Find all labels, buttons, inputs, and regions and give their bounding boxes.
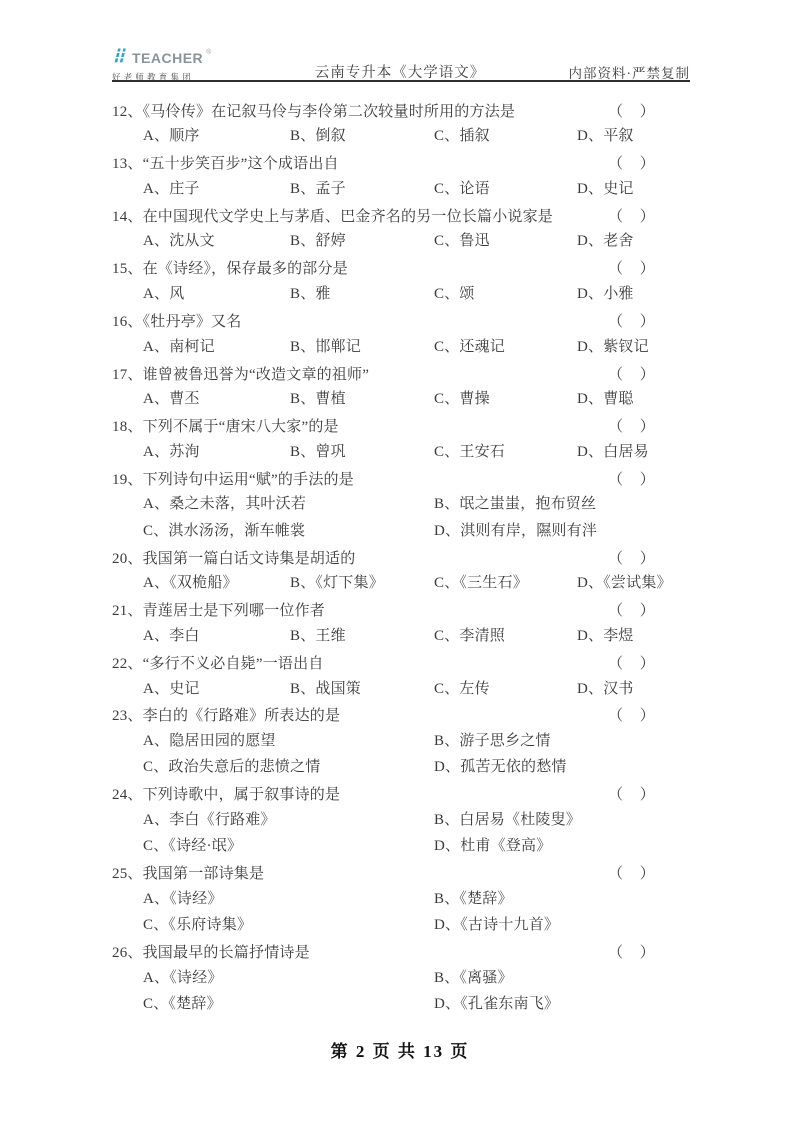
bracket-close: ） [640,257,655,278]
bracket-close: ） [640,100,655,121]
option-C: C、鲁迅 [434,228,490,254]
option-D: D、李煜 [577,623,634,649]
confidential-notice: 内部资料·严禁复制 [569,62,691,82]
option-row: A、曹丕B、曹植C、曹操D、曹聪 [112,386,655,412]
option-row: A、沈从文B、舒婷C、鲁迅D、老舍 [112,228,655,254]
option-D: D、紫钗记 [577,334,649,360]
option-D: D、杜甫《登高》 [434,833,551,859]
option-B: B、《楚辞》 [434,886,513,912]
answer-bracket: （） [608,152,655,173]
bracket-close: ） [640,547,655,568]
option-row: C、政治失意后的悲愤之情D、孤苦无依的愁情 [112,754,655,780]
option-A: A、隐居田园的愿望 [143,728,276,754]
option-B: B、倒叙 [290,123,346,149]
bracket-open: （ [608,468,623,489]
question-line: 25、我国第一部诗集是（） [112,860,655,886]
option-A: A、曹丕 [143,386,200,412]
answer-bracket: （） [608,599,655,620]
bracket-open: （ [608,783,623,804]
answer-bracket: （） [608,941,655,962]
answer-bracket: （） [608,468,655,489]
question-text: 20、我国第一篇白话文诗集是胡适的 [112,547,608,568]
option-A: A、苏洵 [143,439,200,465]
answer-bracket: （） [608,100,655,121]
option-C: C、王安石 [434,439,505,465]
answer-bracket: （） [608,783,655,804]
bracket-open: （ [608,652,623,673]
question-text: 12、《马伶传》在记叙马伶与李伶第二次较量时所用的方法是 [112,100,608,121]
option-C: C、曹操 [434,386,490,412]
option-C: C、淇水汤汤，渐车帷裳 [143,518,305,544]
question-text: 15、在《诗经》，保存最多的部分是 [112,257,608,278]
option-B: B、舒婷 [290,228,346,254]
bracket-open: （ [608,100,623,121]
question-line: 21、青莲居士是下列哪一位作者（） [112,597,655,623]
question-line: 22、“多行不义必自毙”一语出自（） [112,649,655,675]
question-18: 18、下列不属于“唐宋八大家”的是（）A、苏洵B、曾巩C、王安石D、白居易 [112,413,655,466]
question-line: 17、谁曾被鲁迅誉为“改造文章的祖师”（） [112,360,655,386]
question-line: 14、在中国现代文学史上与茅盾、巴金齐名的另一位长篇小说家是（） [112,202,655,228]
question-25: 25、我国第一部诗集是（）A、《诗经》B、《楚辞》C、《乐府诗集》D、《古诗十九… [112,860,655,939]
option-row: C、《乐府诗集》D、《古诗十九首》 [112,912,655,938]
option-B: B、曾巩 [290,439,346,465]
option-C: C、颂 [434,281,475,307]
option-D: D、小雅 [577,281,634,307]
question-text: 19、下列诗句中运用“赋”的手法的是 [112,468,608,489]
option-C: C、还魂记 [434,334,505,360]
option-row: C、淇水汤汤，渐车帷裳D、淇则有岸，隰则有泮 [112,518,655,544]
option-B: B、《离骚》 [434,965,513,991]
option-A: A、风 [143,281,184,307]
option-row: A、李白B、王维C、李清照D、李煜 [112,623,655,649]
option-row: A、风B、雅C、颂D、小雅 [112,281,655,307]
question-text: 18、下列不属于“唐宋八大家”的是 [112,415,608,436]
question-19: 19、下列诗句中运用“赋”的手法的是（）A、桑之未落，其叶沃若B、氓之蚩蚩，抱布… [112,465,655,544]
bracket-open: （ [608,310,623,331]
bracket-close: ） [640,652,655,673]
option-C: C、左传 [434,676,490,702]
question-line: 15、在《诗经》，保存最多的部分是（） [112,255,655,281]
question-14: 14、在中国现代文学史上与茅盾、巴金齐名的另一位长篇小说家是（）A、沈从文B、舒… [112,202,655,255]
question-text: 17、谁曾被鲁迅誉为“改造文章的祖师” [112,363,608,384]
question-line: 18、下列不属于“唐宋八大家”的是（） [112,413,655,439]
option-A: A、沈从文 [143,228,215,254]
bracket-close: ） [640,205,655,226]
question-text: 23、李白的《行路难》所表达的是 [112,704,608,725]
option-D: D、史记 [577,176,634,202]
question-text: 13、“五十步笑百步”这个成语出自 [112,152,608,173]
question-line: 13、“五十步笑百步”这个成语出自（） [112,150,655,176]
question-24: 24、下列诗歌中，属于叙事诗的是（）A、李白《行路难》B、白居易《杜陵叟》C、《… [112,781,655,860]
question-text: 16、《牡丹亭》又名 [112,310,608,331]
option-row: A、《诗经》B、《离骚》 [112,965,655,991]
option-row: A、顺序B、倒叙C、插叙D、平叙 [112,123,655,149]
option-B: B、曹植 [290,386,346,412]
bracket-close: ） [640,862,655,883]
option-row: A、李白《行路难》B、白居易《杜陵叟》 [112,807,655,833]
question-line: 24、下列诗歌中，属于叙事诗的是（） [112,781,655,807]
option-C: C、《三生石》 [434,570,528,596]
bracket-open: （ [608,862,623,883]
bracket-close: ） [640,704,655,725]
option-D: D、孤苦无依的愁情 [434,754,567,780]
bracket-open: （ [608,599,623,620]
bracket-open: （ [608,363,623,384]
answer-bracket: （） [608,257,655,278]
bracket-open: （ [608,704,623,725]
option-C: C、论语 [434,176,490,202]
answer-bracket: （） [608,363,655,384]
answer-bracket: （） [608,310,655,331]
question-line: 26、我国最早的长篇抒情诗是（） [112,939,655,965]
option-row: A、《双桅船》B、《灯下集》C、《三生石》D、《尝试集》 [112,570,655,596]
bracket-close: ） [640,941,655,962]
option-A: A、《双桅船》 [143,570,238,596]
option-D: D、曹聪 [577,386,634,412]
option-row: A、苏洵B、曾巩C、王安石D、白居易 [112,439,655,465]
option-B: B、游子思乡之情 [434,728,551,754]
option-B: B、王维 [290,623,346,649]
option-B: B、氓之蚩蚩，抱布贸丝 [434,491,596,517]
option-B: B、白居易《杜陵叟》 [434,807,581,833]
option-C: C、李清照 [434,623,505,649]
bracket-open: （ [608,205,623,226]
bracket-open: （ [608,257,623,278]
question-17: 17、谁曾被鲁迅誉为“改造文章的祖师”（）A、曹丕B、曹植C、曹操D、曹聪 [112,360,655,413]
question-text: 14、在中国现代文学史上与茅盾、巴金齐名的另一位长篇小说家是 [112,205,608,226]
option-D: D、《孔雀东南飞》 [434,991,559,1017]
option-C: C、《诗经·氓》 [143,833,242,859]
option-C: C、《乐府诗集》 [143,912,252,938]
option-C: C、《楚辞》 [143,991,222,1017]
option-row: A、《诗经》B、《楚辞》 [112,886,655,912]
option-B: B、《灯下集》 [290,570,384,596]
answer-bracket: （） [608,205,655,226]
option-D: D、汉书 [577,676,634,702]
option-B: B、战国策 [290,676,361,702]
bracket-open: （ [608,415,623,436]
bracket-close: ） [640,599,655,620]
question-26: 26、我国最早的长篇抒情诗是（）A、《诗经》B、《离骚》C、《楚辞》D、《孔雀东… [112,939,655,1018]
question-text: 21、青莲居士是下列哪一位作者 [112,599,608,620]
bracket-close: ） [640,468,655,489]
option-C: C、政治失意后的悲愤之情 [143,754,320,780]
option-A: A、李白《行路难》 [143,807,276,833]
answer-bracket: （） [608,704,655,725]
question-line: 19、下列诗句中运用“赋”的手法的是（） [112,465,655,491]
question-22: 22、“多行不义必自毙”一语出自（）A、史记B、战国策C、左传D、汉书 [112,649,655,702]
option-B: B、雅 [290,281,331,307]
bracket-close: ） [640,415,655,436]
bracket-close: ） [640,783,655,804]
registered-mark: ® [206,49,211,56]
question-text: 26、我国最早的长篇抒情诗是 [112,941,608,962]
page-footer: 第 2 页 共 13 页 [0,1037,800,1062]
option-A: A、史记 [143,676,200,702]
question-line: 16、《牡丹亭》又名（） [112,307,655,333]
option-A: A、李白 [143,623,200,649]
option-B: B、邯郸记 [290,334,361,360]
question-text: 25、我国第一部诗集是 [112,862,608,883]
option-row: A、庄子B、孟子C、论语D、史记 [112,176,655,202]
option-A: A、南柯记 [143,334,215,360]
answer-bracket: （） [608,652,655,673]
header-divider [112,80,690,82]
question-16: 16、《牡丹亭》又名（）A、南柯记B、邯郸记C、还魂记D、紫钗记 [112,307,655,360]
option-A: A、《诗经》 [143,886,223,912]
question-13: 13、“五十步笑百步”这个成语出自（）A、庄子B、孟子C、论语D、史记 [112,150,655,203]
option-row: C、《楚辞》D、《孔雀东南飞》 [112,991,655,1017]
bracket-close: ） [640,152,655,173]
bracket-close: ） [640,363,655,384]
option-A: A、顺序 [143,123,200,149]
bracket-close: ） [640,310,655,331]
option-D: D、淇则有岸，隰则有泮 [434,518,597,544]
question-text: 22、“多行不义必自毙”一语出自 [112,652,608,673]
question-23: 23、李白的《行路难》所表达的是（）A、隐居田园的愿望B、游子思乡之情C、政治失… [112,702,655,781]
option-D: D、老舍 [577,228,634,254]
question-text: 24、下列诗歌中，属于叙事诗的是 [112,783,608,804]
question-21: 21、青莲居士是下列哪一位作者（）A、李白B、王维C、李清照D、李煜 [112,597,655,650]
question-line: 12、《马伶传》在记叙马伶与李伶第二次较量时所用的方法是（） [112,97,655,123]
option-D: D、白居易 [577,439,649,465]
option-D: D、《尝试集》 [577,570,672,596]
bracket-open: （ [608,152,623,173]
option-D: D、平叙 [577,123,634,149]
option-D: D、《古诗十九首》 [434,912,559,938]
option-row: A、桑之未落，其叶沃若B、氓之蚩蚩，抱布贸丝 [112,491,655,517]
option-row: A、南柯记B、邯郸记C、还魂记D、紫钗记 [112,334,655,360]
question-line: 23、李白的《行路难》所表达的是（） [112,702,655,728]
bracket-open: （ [608,547,623,568]
option-A: A、庄子 [143,176,200,202]
option-row: A、史记B、战国策C、左传D、汉书 [112,676,655,702]
option-A: A、《诗经》 [143,965,223,991]
bracket-open: （ [608,941,623,962]
page-number: 第 2 页 共 13 页 [331,1042,470,1061]
page-header: TEACHER ® 好老师教育集团 云南专升本《大学语文》 内部资料·严禁复制 [0,0,800,82]
option-C: C、插叙 [434,123,490,149]
option-B: B、孟子 [290,176,346,202]
answer-bracket: （） [608,415,655,436]
question-15: 15、在《诗经》，保存最多的部分是（）A、风B、雅C、颂D、小雅 [112,255,655,308]
question-12: 12、《马伶传》在记叙马伶与李伶第二次较量时所用的方法是（）A、顺序B、倒叙C、… [112,97,655,150]
answer-bracket: （） [608,547,655,568]
answer-bracket: （） [608,862,655,883]
option-A: A、桑之未落，其叶沃若 [143,491,306,517]
question-20: 20、我国第一篇白话文诗集是胡适的（）A、《双桅船》B、《灯下集》C、《三生石》… [112,544,655,597]
option-row: C、《诗经·氓》D、杜甫《登高》 [112,833,655,859]
option-row: A、隐居田园的愿望B、游子思乡之情 [112,728,655,754]
question-list: 12、《马伶传》在记叙马伶与李伶第二次较量时所用的方法是（）A、顺序B、倒叙C、… [112,97,655,1017]
question-line: 20、我国第一篇白话文诗集是胡适的（） [112,544,655,570]
